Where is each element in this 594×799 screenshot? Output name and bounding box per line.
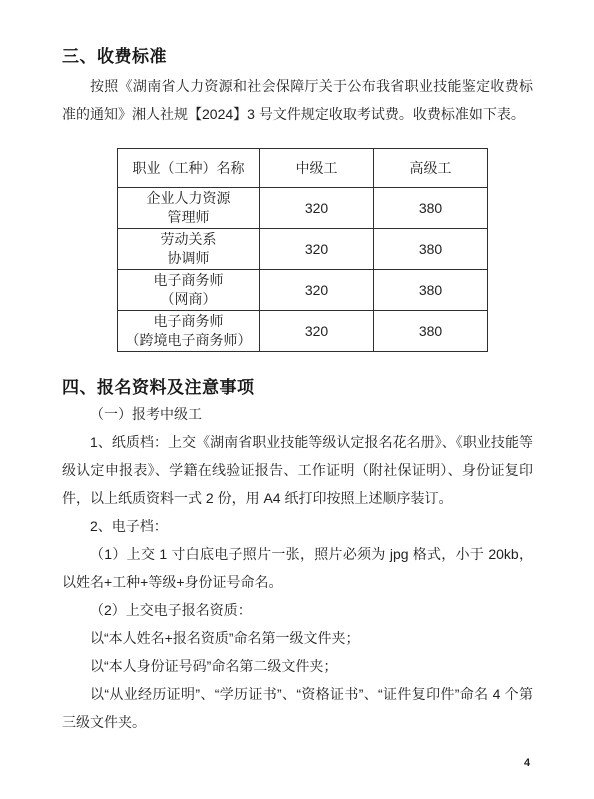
occupation-name-line: 企业人力资源 xyxy=(118,189,259,208)
fee-table-header-occupation: 职业（工种）名称 xyxy=(118,149,260,188)
fee-table-header-advanced: 高级工 xyxy=(374,149,488,188)
fee-table-header-row: 职业（工种）名称 中级工 高级工 xyxy=(118,149,488,188)
table-row: 企业人力资源 管理师 320 380 xyxy=(118,188,488,229)
paragraph-folder-level-2: 以“本人身份证号码”命名第二级文件夹； xyxy=(62,652,533,680)
document-page: 三、收费标准 按照《湖南省人力资源和社会保障厅关于公布我省职业技能鉴定收费标准的… xyxy=(0,0,594,799)
advanced-fee-cell: 380 xyxy=(374,270,488,311)
intermediate-fee-cell: 320 xyxy=(260,270,374,311)
paragraph-paper-files: 1、纸质档：上交《湖南省职业技能等级认定报名花名册》、《职业技能等级认定申报表》… xyxy=(62,428,533,512)
section-4-subheading: （一）报考中级工 xyxy=(62,400,533,428)
advanced-fee-cell: 380 xyxy=(374,229,488,270)
occupation-name-line: 电子商务师 xyxy=(118,312,259,331)
table-row: 劳动关系 协调师 320 380 xyxy=(118,229,488,270)
occupation-name-line: 电子商务师 xyxy=(118,271,259,290)
occupation-cell: 劳动关系 协调师 xyxy=(118,229,260,270)
occupation-name-line: 管理师 xyxy=(118,208,259,227)
intermediate-fee-cell: 320 xyxy=(260,188,374,229)
advanced-fee-cell: 380 xyxy=(374,311,488,352)
paragraph-photo-requirement: （1）上交 1 寸白底电子照片一张，照片必须为 jpg 格式，小于 20kb，以… xyxy=(62,540,533,596)
section-4-heading: 四、报名资料及注意事项 xyxy=(62,376,533,400)
fee-table-header-intermediate: 中级工 xyxy=(260,149,374,188)
intermediate-fee-cell: 320 xyxy=(260,311,374,352)
occupation-cell: 电子商务师 （网商） xyxy=(118,270,260,311)
paragraph-folder-level-1: 以“本人姓名+报名资质”命名第一级文件夹； xyxy=(62,624,533,652)
occupation-name-line: （跨境电子商务师） xyxy=(118,331,259,350)
paragraph-folder-level-3: 以“从业经历证明”、“学历证书”、“资格证书”、“证件复印件”命名 4 个第三级… xyxy=(62,680,533,736)
occupation-name-line: （网商） xyxy=(118,290,259,309)
page-number: 4 xyxy=(524,757,530,769)
section-3-heading: 三、收费标准 xyxy=(62,45,533,69)
intermediate-fee-cell: 320 xyxy=(260,229,374,270)
table-row: 电子商务师 （跨境电子商务师） 320 380 xyxy=(118,311,488,352)
section-3-intro-paragraph: 按照《湖南省人力资源和社会保障厅关于公布我省职业技能鉴定收费标准的通知》湘人社规… xyxy=(62,72,533,128)
occupation-cell: 电子商务师 （跨境电子商务师） xyxy=(118,311,260,352)
advanced-fee-cell: 380 xyxy=(374,188,488,229)
paragraph-electronic-files: 2、电子档： xyxy=(62,512,533,540)
occupation-name-line: 劳动关系 xyxy=(118,230,259,249)
occupation-name-line: 协调师 xyxy=(118,249,259,268)
occupation-cell: 企业人力资源 管理师 xyxy=(118,188,260,229)
fee-table: 职业（工种）名称 中级工 高级工 企业人力资源 管理师 320 380 劳动关系… xyxy=(117,148,488,352)
table-row: 电子商务师 （网商） 320 380 xyxy=(118,270,488,311)
paragraph-electronic-qualification: （2）上交电子报名资质： xyxy=(62,596,533,624)
